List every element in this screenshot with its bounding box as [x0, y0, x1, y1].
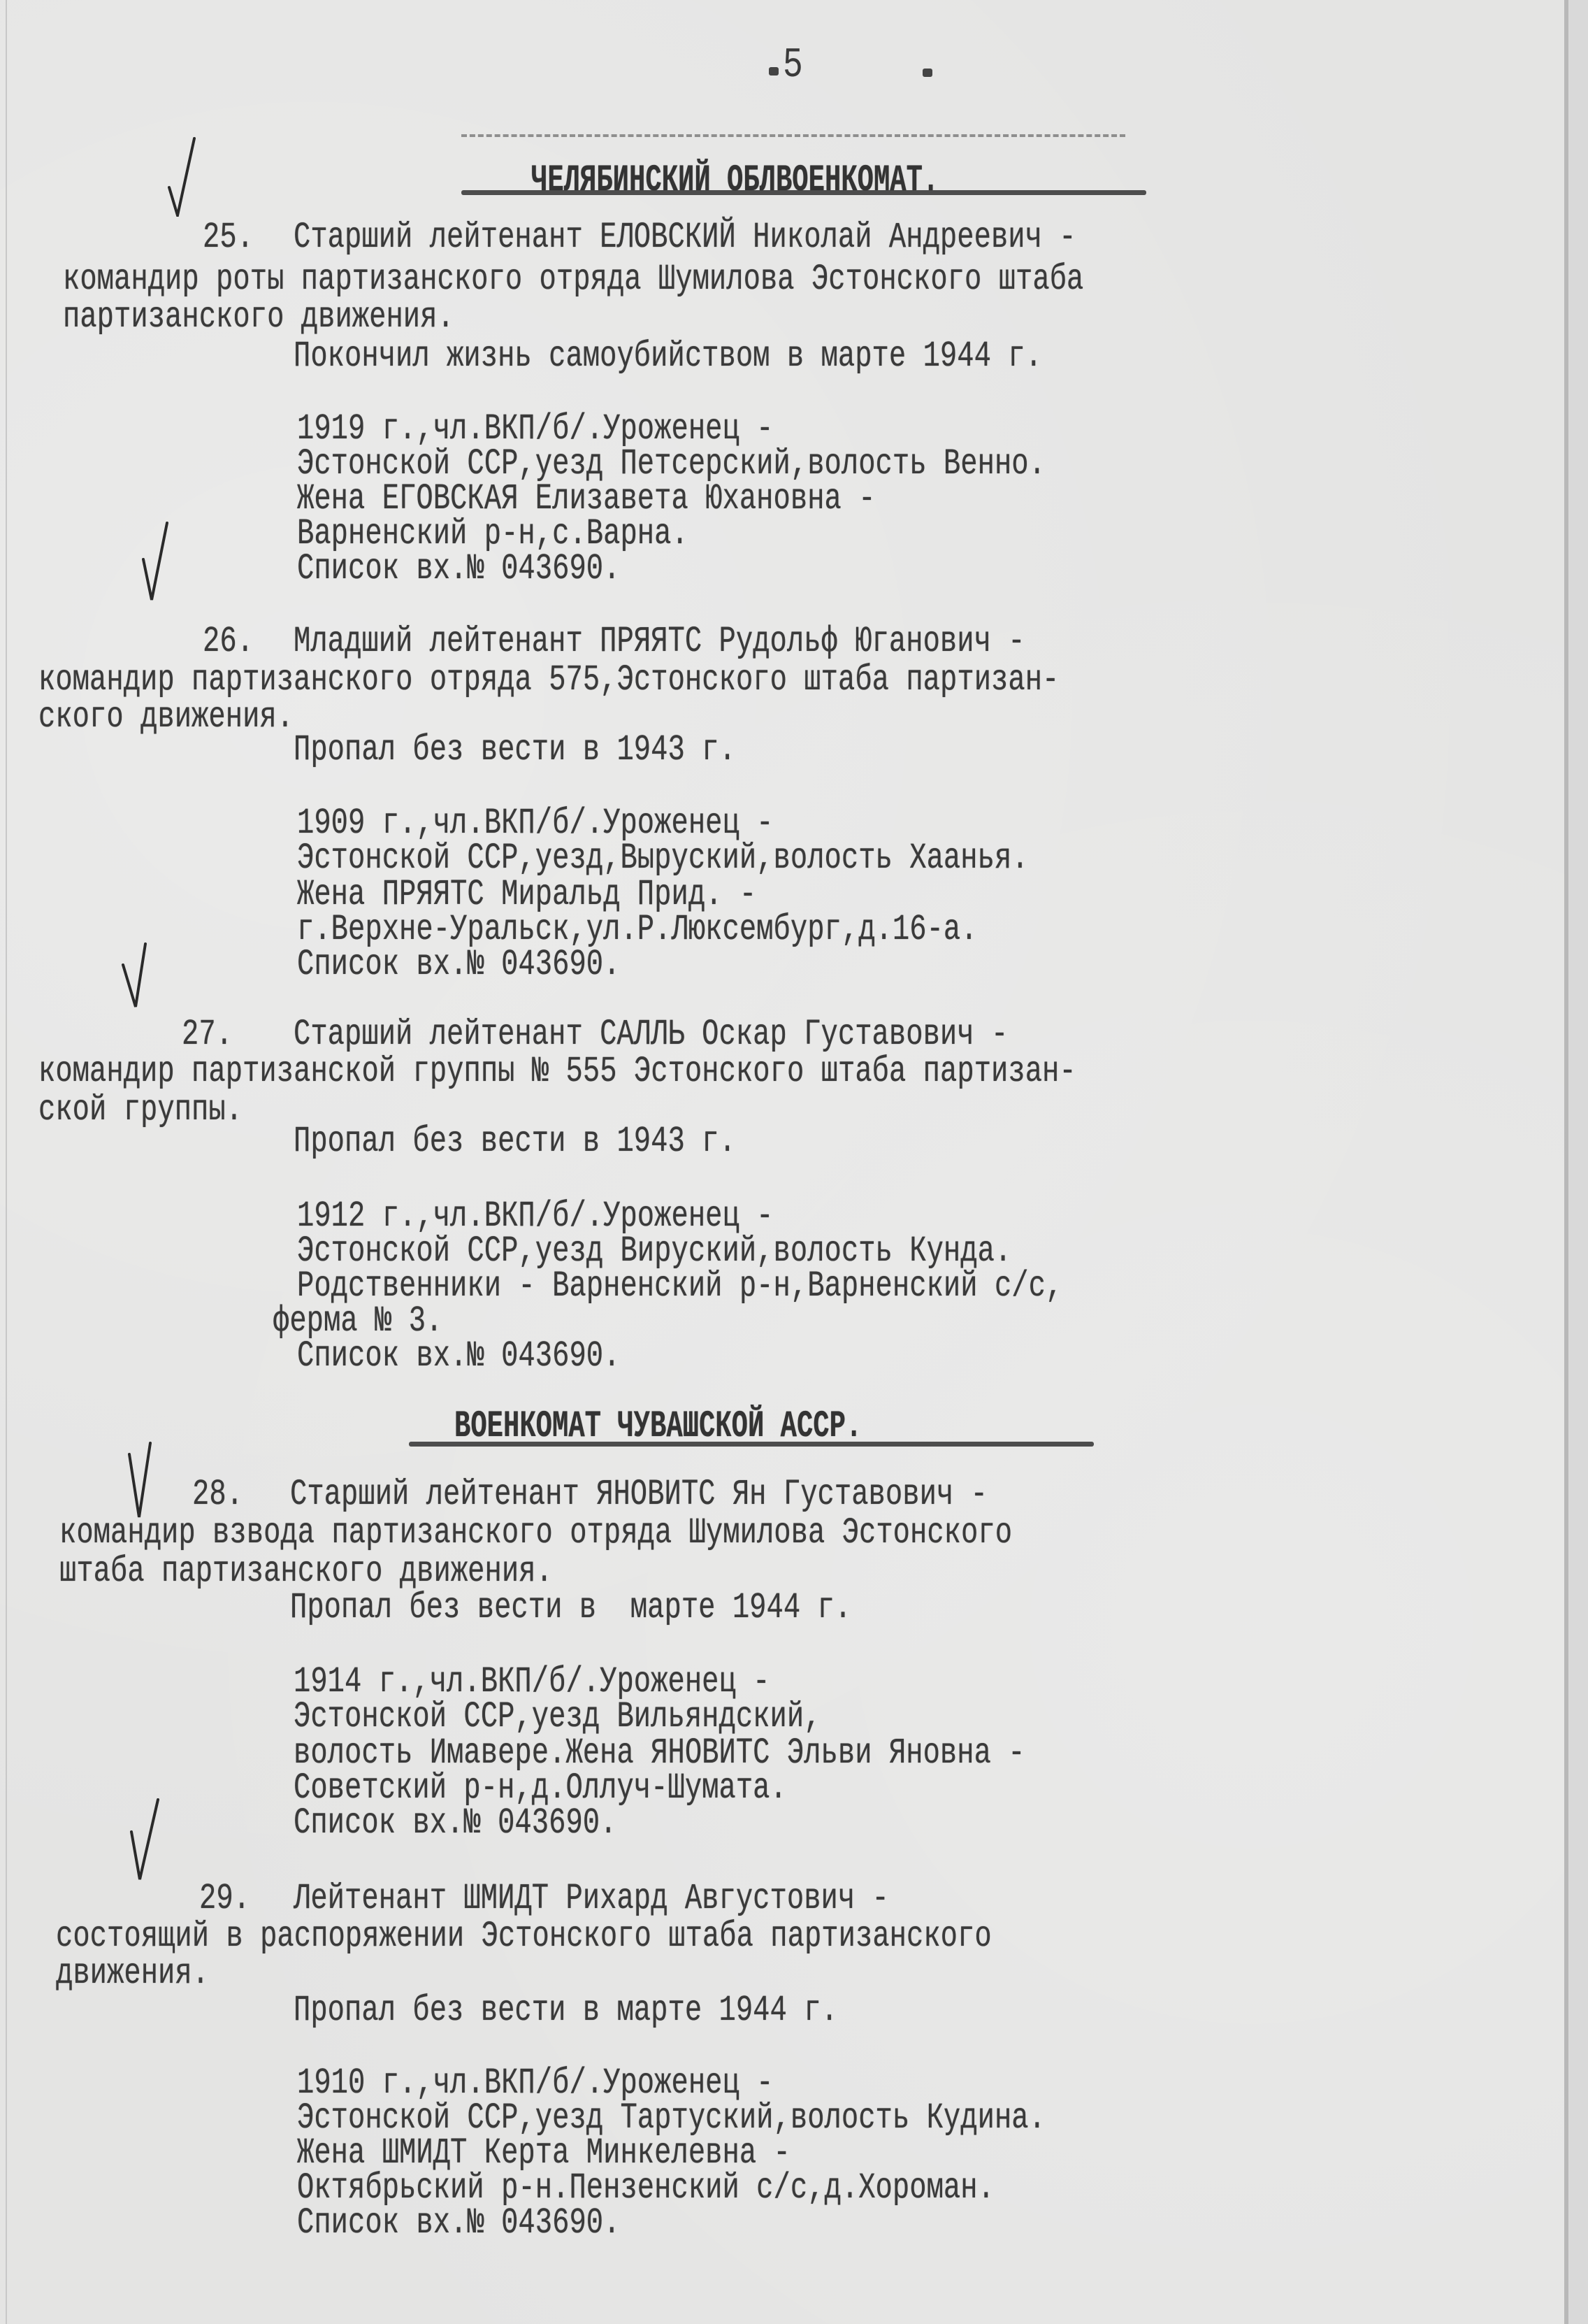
entry-fate: Пропал без вести в 1943 г.	[294, 1122, 736, 1161]
entry-detail: Список вх.№ 043690.	[297, 550, 620, 589]
page-number-dash-right	[923, 69, 932, 77]
entry-number: 26.	[203, 622, 254, 661]
check-mark-icon	[136, 517, 178, 601]
page-number: 5	[783, 42, 803, 89]
entry-line: Младший лейтенант ПРЯЯТС Рудольф Юганови…	[294, 622, 1025, 661]
entry-detail: Эстонской ССР,уезд Вильяндский,	[294, 1698, 821, 1737]
entry-line: ской группы.	[38, 1091, 243, 1130]
entry-detail: Эстонской ССР,уезд,Выруский,волость Хаан…	[297, 839, 1029, 878]
entry-detail: Список вх.№ 043690.	[297, 945, 620, 984]
entry-fate: Пропал без вести в марте 1944 г.	[294, 1991, 838, 2030]
entry-line: партизанского движения.	[63, 298, 454, 337]
heading-underline	[461, 190, 1146, 195]
entry-line: Старший лейтенант ЯНОВИТС Ян Густавович …	[290, 1475, 988, 1514]
entry-fate: Пропал без вести в марте 1944 г.	[290, 1588, 851, 1628]
entry-fate: Покончил жизнь самоубийством в марте 194…	[294, 337, 1042, 376]
separator-line	[461, 134, 1125, 137]
entry-line: Лейтенант ШМИДТ Рихард Августович -	[294, 1879, 889, 1918]
entry-line: ского движения.	[38, 698, 294, 737]
entry-line: командир партизанского отряда 575,Эстонс…	[38, 661, 1059, 700]
entry-line: командир роты партизанского отряда Шумил…	[63, 260, 1083, 299]
entry-line: штаба партизанского движения.	[59, 1552, 553, 1591]
entry-line: состоящий в распоряжении Эстонского штаб…	[56, 1917, 992, 1956]
entry-line: Старший лейтенант ЕЛОВСКИЙ Николай Андре…	[294, 218, 1076, 257]
entry-line: командир взвода партизанского отряда Шум…	[59, 1514, 1012, 1553]
entry-line: Старший лейтенант САЛЛЬ Оскар Густавович…	[294, 1015, 1008, 1054]
entry-detail: Список вх.№ 043690.	[294, 1804, 616, 1843]
heading-underline	[409, 1442, 1094, 1447]
check-mark-icon	[126, 1797, 168, 1881]
check-mark-icon	[122, 1440, 164, 1524]
entry-fate: Пропал без вести в 1943 г.	[294, 731, 736, 770]
entry-line: движения.	[56, 1954, 209, 1993]
entry-number: 28.	[192, 1475, 243, 1514]
entry-number: 29.	[199, 1879, 250, 1918]
entry-number: 25.	[203, 218, 254, 257]
entry-number: 27.	[182, 1015, 233, 1054]
entry-detail: Список вх.№ 043690.	[297, 1337, 620, 1376]
entry-detail: Список вх.№ 043690.	[297, 2204, 620, 2243]
document-page: 5 ЧЕЛЯБИНСКИЙ ОБЛВОЕНКОМАТ. 25. Старший …	[0, 0, 1568, 2324]
entry-line: командир партизанской группы № 555 Эстон…	[38, 1052, 1076, 1091]
page-edge	[6, 0, 7, 2324]
check-mark-icon	[161, 133, 203, 217]
section-heading: ЧЕЛЯБИНСКИЙ ОБЛВОЕНКОМАТ.	[531, 159, 939, 202]
check-mark-icon	[119, 937, 161, 1021]
page-number-dash-left	[769, 67, 779, 76]
